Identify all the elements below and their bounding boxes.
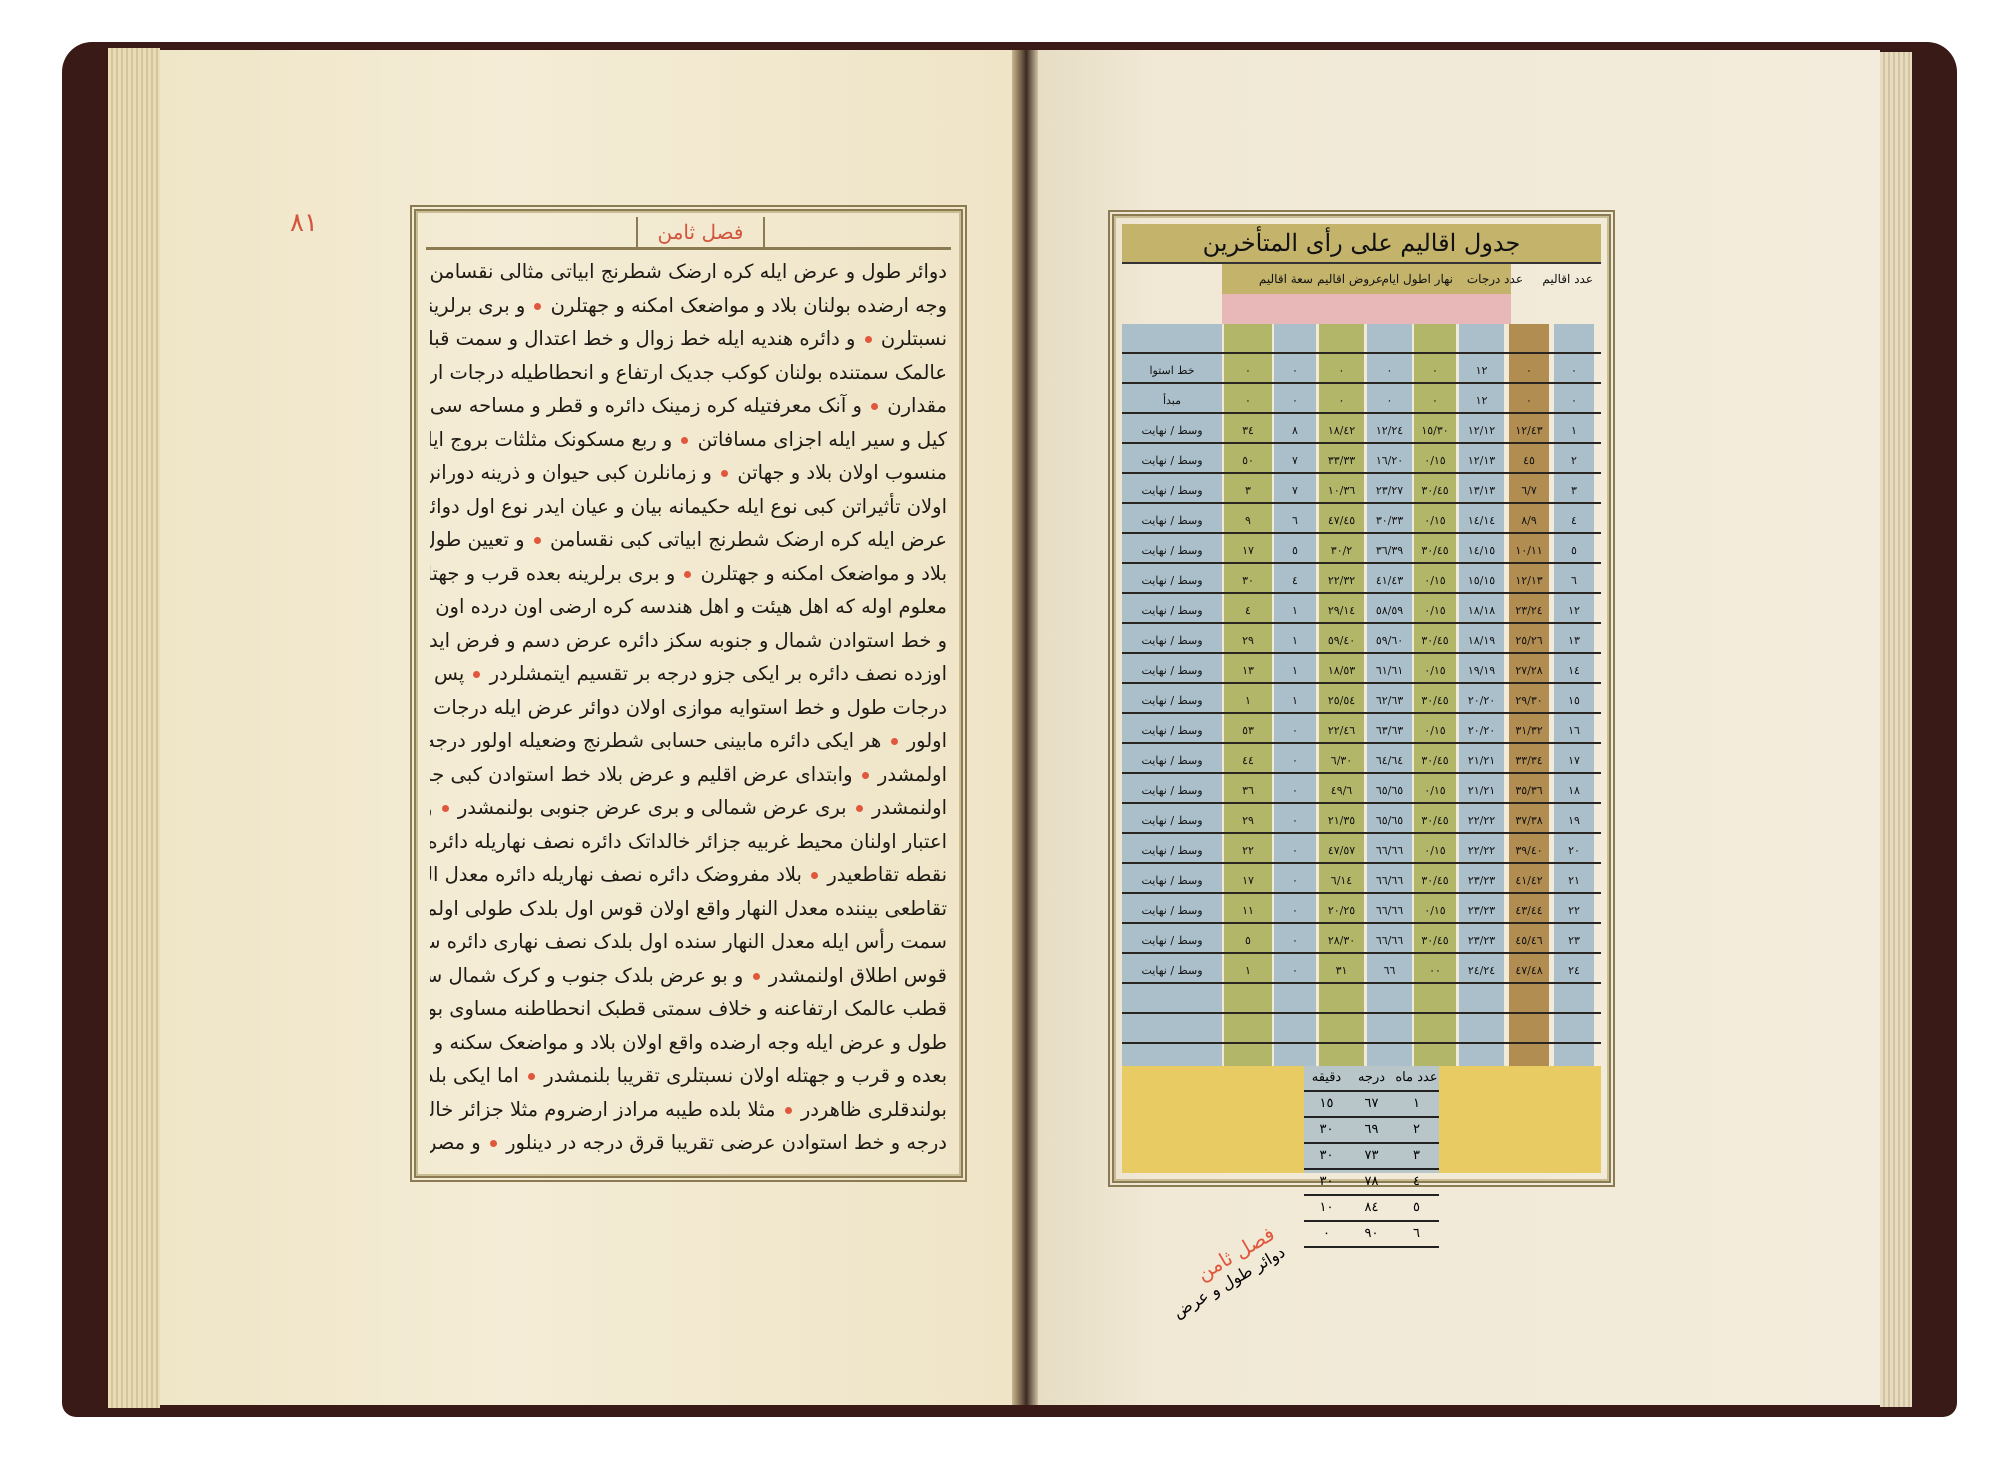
- table-cell: ٣٣/٣٣: [1319, 446, 1364, 476]
- table-cell: ٢٥/٢٦: [1509, 626, 1549, 656]
- table-cell: ٠: [1554, 386, 1594, 416]
- month-table-row: ٣٠٦٩٢: [1304, 1118, 1439, 1144]
- rubric-dot: [684, 571, 691, 578]
- table-cell: ٤: [1554, 506, 1594, 536]
- row-label: وسط / نهایت: [1122, 506, 1222, 536]
- table-cell: ٢٣/٢٣: [1459, 896, 1504, 926]
- table-cell: ١٢/١٢: [1459, 416, 1504, 446]
- table-cell: ٣٠/٤٥: [1414, 686, 1456, 716]
- text-line: کیل و سیر ایله اجزای مسافاتن و ربع مسکون…: [430, 423, 947, 457]
- table-cell: ٠/١٥: [1414, 506, 1456, 536]
- row-label: وسط / نهایت: [1122, 566, 1222, 596]
- table-cell: ١٥/١٥: [1459, 566, 1504, 596]
- table-cell: ٦٦/٦٦: [1367, 926, 1412, 956]
- table-cell: ١١: [1224, 896, 1272, 926]
- table-cell: ٦: [1274, 506, 1316, 536]
- table-cell: ٣٠/٤٥: [1414, 806, 1456, 836]
- table-cell: ٦١/٦١: [1367, 656, 1412, 686]
- row-label: وسط / نهایت: [1122, 686, 1222, 716]
- table-cell: ٢١: [1554, 866, 1594, 896]
- sub-cell: ٣٠: [1304, 1170, 1349, 1194]
- table-cell: ١٦: [1554, 716, 1594, 746]
- text-line: سمت رأس ایله معدل النهار سنده اول بلدک ن…: [430, 925, 947, 959]
- text-line: اولنمشدر بری عرض شمالی و بری عرض جنوبی ب…: [430, 791, 947, 825]
- table-cell: ٢٣/٢٣: [1459, 926, 1504, 956]
- text-line: اعتبار اولنان محیط غربیه جزائر خالداتک د…: [430, 825, 947, 859]
- table-cell: ٨: [1274, 416, 1316, 446]
- text-line: بعده و قرب و جهتله اولان نسبتلری تقریبا …: [430, 1059, 947, 1093]
- rubric-dot: [534, 303, 541, 310]
- text-line: نسبتلرن و دائره هندیه ایله خط زوال و خط …: [430, 322, 947, 356]
- sub-cell: ٧٨: [1349, 1170, 1394, 1194]
- table-cell: ١٤/١٤: [1459, 506, 1504, 536]
- table-cell: ٣٥/٣٦: [1509, 776, 1549, 806]
- table-cell: ١٢: [1459, 386, 1504, 416]
- table-cell: ٢٠: [1554, 836, 1594, 866]
- table-cell: ٤٧/٥٧: [1319, 836, 1364, 866]
- column-header: عدد درجات: [1467, 272, 1523, 286]
- row-label: خط استوا: [1122, 356, 1222, 386]
- sub-cell: ٩٠: [1349, 1222, 1394, 1246]
- table-cell: ٠: [1274, 386, 1316, 416]
- row-label: وسط / نهایت: [1122, 476, 1222, 506]
- text-line: اوچ درجه و عرضی اوتوز درجه در دینلکده مص…: [430, 1160, 947, 1167]
- sub-cell: ٣٠: [1304, 1144, 1349, 1168]
- table-cell: ٠: [1274, 836, 1316, 866]
- table-cell: ١: [1274, 656, 1316, 686]
- text-line: اولان تأثیراتن کبی نوع ایله حکیمانه بیان…: [430, 490, 947, 524]
- month-table-row: ١٥٦٧١: [1304, 1092, 1439, 1118]
- text-line: منسوب اولان بلاد و جهاتن و زمانلرن کبی ح…: [430, 456, 947, 490]
- column-header: عروض اقالیم: [1317, 272, 1383, 286]
- table-cell: ٢١/٢١: [1459, 776, 1504, 806]
- text-line: بولندقلری ظاهردر مثلا بلده طیبه مرادز ار…: [430, 1093, 947, 1127]
- sub-cell: ١٠: [1304, 1196, 1349, 1220]
- sub-cell: دقیقه: [1304, 1066, 1349, 1090]
- table-cell: ١٦/٢٠: [1367, 446, 1412, 476]
- table-cell: ٠٠: [1414, 956, 1456, 986]
- text-frame: فصل ثامن دوائر طول و عرض ایله کره ارضک ش…: [410, 205, 967, 1182]
- table-cell: ١٢/١٣: [1509, 566, 1549, 596]
- row-label: وسط / نهایت: [1122, 866, 1222, 896]
- table-cell: ٢٣/٢٤: [1509, 596, 1549, 626]
- sub-cell: ١: [1394, 1092, 1439, 1116]
- table-cell: ٠/١٥: [1414, 446, 1456, 476]
- table-cell: ٥٩/٤٠: [1319, 626, 1364, 656]
- table-cell: ١: [1554, 416, 1594, 446]
- sub-cell: ٦٧: [1349, 1092, 1394, 1116]
- rubric-dot: [473, 671, 480, 678]
- row-label: وسط / نهایت: [1122, 956, 1222, 986]
- table-cell: ٢٠/٢٠: [1459, 686, 1504, 716]
- table-cell: ٢٩: [1224, 806, 1272, 836]
- table-cell: ١٢/٢٤: [1367, 416, 1412, 446]
- column-header: سعة اقالیم: [1259, 272, 1313, 286]
- table-cell: ٣٦/٣٩: [1367, 536, 1412, 566]
- table-cell: ٦/٧: [1509, 476, 1549, 506]
- text-line: درجه و خط استوادن عرضی تقریبا قرق درجه د…: [430, 1126, 947, 1160]
- table-cell: ١٩: [1554, 806, 1594, 836]
- table-cell: ٢٤: [1554, 956, 1594, 986]
- table-cell: ٠/١٥: [1414, 836, 1456, 866]
- table-cell: ٠/١٥: [1414, 656, 1456, 686]
- table-cell: ١٨/٤٢: [1319, 416, 1364, 446]
- rubric-dot: [891, 738, 898, 745]
- table-cell: ٠/١٥: [1414, 716, 1456, 746]
- table-cell: ٠: [1274, 806, 1316, 836]
- table-cell: ١: [1224, 686, 1272, 716]
- table-cell: ١٢: [1554, 596, 1594, 626]
- table-cell: ١٠/١١: [1509, 536, 1549, 566]
- table-cell: ٢٩: [1224, 626, 1272, 656]
- table-cell: ١: [1224, 956, 1272, 986]
- table-cell: ٦٦/٦٦: [1367, 896, 1412, 926]
- rubric-dot: [681, 437, 688, 444]
- table-cell: ٣٠/٤٥: [1414, 536, 1456, 566]
- rubric-dot: [856, 805, 863, 812]
- table-cell: ٧: [1274, 446, 1316, 476]
- table-cell: ٦٣/٦٣: [1367, 716, 1412, 746]
- chapter-header-box: فصل ثامن: [426, 217, 951, 250]
- table-cell: ٣٤: [1224, 416, 1272, 446]
- table-cell: ١٠/٣٦: [1319, 476, 1364, 506]
- table-cell: ١٢: [1459, 356, 1504, 386]
- row-label: وسط / نهایت: [1122, 896, 1222, 926]
- text-line: عالمک سمتنده بولنان کوکب جدیک ارتفاع و ا…: [430, 356, 947, 390]
- table-cell: ٩: [1224, 506, 1272, 536]
- rubric-dot: [753, 973, 760, 980]
- row-label: وسط / نهایت: [1122, 416, 1222, 446]
- table-cell: ٠: [1274, 356, 1316, 386]
- table-cell: ٨/٩: [1509, 506, 1549, 536]
- table-cell: ١٥/٣٠: [1414, 416, 1456, 446]
- table-cell: ٢٤/٢٤: [1459, 956, 1504, 986]
- table-cell: ٣٠/٤٥: [1414, 626, 1456, 656]
- table-cell: ٠: [1414, 356, 1456, 386]
- table-cell: ٦٥/٦٥: [1367, 776, 1412, 806]
- row-label: وسط / نهایت: [1122, 836, 1222, 866]
- table-cell: ٤: [1274, 566, 1316, 596]
- sub-cell: ٦: [1394, 1222, 1439, 1246]
- table-cell: ٢٧/٢٨: [1509, 656, 1549, 686]
- text-line: اوزده نصف دائره بر ایکی جزو درجه بر تقسی…: [430, 657, 947, 691]
- table-cell: ٢٢: [1224, 836, 1272, 866]
- sub-cell: ٥: [1394, 1196, 1439, 1220]
- row-label: وسط / نهایت: [1122, 926, 1222, 956]
- text-line: طول و عرض ایله وجه ارضده واقع اولان بلاد…: [430, 1026, 947, 1060]
- text-line: و خط استوادن شمال و جنوبه سکز دائره عرض …: [430, 624, 947, 658]
- table-cell: ٣٣/٣٤: [1509, 746, 1549, 776]
- text-line: تقاطعی بیننده معدل النهار واقع اولان قوس…: [430, 892, 947, 926]
- table-cell: ٢٩/١٤: [1319, 596, 1364, 626]
- table-cell: ٠/١٥: [1414, 596, 1456, 626]
- text-line: نقطه تقاطعیدر بلاد مفروضک دائره نصف نهار…: [430, 858, 947, 892]
- table-cell: ٢١/٢١: [1459, 746, 1504, 776]
- table-cell: ٧: [1274, 476, 1316, 506]
- book-gutter: [1012, 50, 1038, 1405]
- column-header: عدد اقالیم: [1542, 272, 1593, 286]
- rubric-dot: [528, 1073, 535, 1080]
- month-table: دقیقهدرجهعدد ماه١٥٦٧١٣٠٦٩٢٣٠٧٣٣٣٠٧٨٤١٠٨٤…: [1304, 1066, 1439, 1173]
- table-cell: ٢٣/٢٧: [1367, 476, 1412, 506]
- row-label: وسط / نهایت: [1122, 446, 1222, 476]
- table-cell: ٠: [1414, 386, 1456, 416]
- table-cell: ١٢/١٣: [1459, 446, 1504, 476]
- table-cell: ٥٩/٦٠: [1367, 626, 1412, 656]
- table-cell: ١: [1274, 596, 1316, 626]
- chapter-heading: فصل ثامن: [636, 217, 765, 247]
- page-edges-left: [108, 48, 160, 1408]
- rubric-dot: [721, 470, 728, 477]
- row-label: مبدأ: [1122, 386, 1222, 416]
- month-table-header: دقیقهدرجهعدد ماه: [1304, 1066, 1439, 1092]
- table-cell: ١٣: [1554, 626, 1594, 656]
- table-cell: ١٨/١٩: [1459, 626, 1504, 656]
- table-cell: ٦٦/٦٦: [1367, 866, 1412, 896]
- table-cell: ١٧: [1554, 746, 1594, 776]
- row-label: وسط / نهایت: [1122, 596, 1222, 626]
- table-cell: ٦٦/٦٦: [1367, 836, 1412, 866]
- table-cell: ٣٠/٣٣: [1367, 506, 1412, 536]
- month-table-row: ٠٩٠٦: [1304, 1222, 1439, 1248]
- table-cell: ٤٧/٤٨: [1509, 956, 1549, 986]
- table-cell: ٦: [1554, 566, 1594, 596]
- text-line: اولور هر ایکی دائره مابینی حسابی شطرنج و…: [430, 724, 947, 758]
- table-cell: ١٨/١٨: [1459, 596, 1504, 626]
- table-cell: ٤: [1224, 596, 1272, 626]
- text-line: دوائر طول و عرض ایله کره ارضک شطرنج ابیا…: [430, 255, 947, 289]
- table-cell: ١٧: [1224, 866, 1272, 896]
- text-line: وجه ارضده بولنان بلاد و مواضعک امکنه و ج…: [430, 289, 947, 323]
- table-cell: ٣: [1224, 476, 1272, 506]
- sub-cell: ٠: [1304, 1222, 1349, 1246]
- text-line: بلاد و مواضعک امکنه و جهتلرن و بری برلری…: [430, 557, 947, 591]
- table-cell: ٢٠/٢٠: [1459, 716, 1504, 746]
- rubric-dot: [865, 336, 872, 343]
- table-cell: ٣١: [1319, 956, 1364, 986]
- table-cell: ٠: [1274, 896, 1316, 926]
- table-cell: ٢٨/٣٠: [1319, 926, 1364, 956]
- table-cell: ٢٣/٢٣: [1459, 866, 1504, 896]
- table-cell: ٠/١٥: [1414, 566, 1456, 596]
- table-cell: ٤١/٤٢: [1509, 866, 1549, 896]
- table-cell: ٢٢: [1554, 896, 1594, 926]
- table-cell: ٥: [1554, 536, 1594, 566]
- table-cell: ٠: [1367, 356, 1412, 386]
- table-cell: ٠: [1274, 746, 1316, 776]
- sub-cell: درجه: [1349, 1066, 1394, 1090]
- table-cell: ٣١/٣٢: [1509, 716, 1549, 746]
- table-cell: ٣٠/٤٥: [1414, 476, 1456, 506]
- table-cell: ٤٥: [1509, 446, 1549, 476]
- sub-cell: ٨٤: [1349, 1196, 1394, 1220]
- table-title: جدول اقالیم على رأی المتأخرین: [1122, 224, 1601, 264]
- row-label: وسط / نهایت: [1122, 536, 1222, 566]
- table-cell: ١٥: [1554, 686, 1594, 716]
- sub-cell: ٢: [1394, 1118, 1439, 1142]
- table-cell: ٥٣: [1224, 716, 1272, 746]
- rubric-dot: [862, 772, 869, 779]
- sub-cell: ٤: [1394, 1170, 1439, 1194]
- table-cell: ١٢/٤٣: [1509, 416, 1549, 446]
- month-table-row: ١٠٨٤٥: [1304, 1196, 1439, 1222]
- table-cell: ٣٠/٤٥: [1414, 746, 1456, 776]
- table-cell: ٥: [1274, 536, 1316, 566]
- text-line: درجات طول و خط استوایه موازی اولان دوائر…: [430, 691, 947, 725]
- table-cell: ١: [1274, 686, 1316, 716]
- row-label: وسط / نهایت: [1122, 776, 1222, 806]
- row-label: وسط / نهایت: [1122, 656, 1222, 686]
- table-cell: ٢٣: [1554, 926, 1594, 956]
- table-cell: ٢٢/٢٢: [1459, 836, 1504, 866]
- rubric-dot: [811, 872, 818, 879]
- table-cell: ٥٠: [1224, 446, 1272, 476]
- table-header: عدد اقالیمعدد درجاتنهار اطول ایامعروض اق…: [1122, 264, 1601, 324]
- rubric-dot: [785, 1107, 792, 1114]
- table-cell: ٠: [1509, 356, 1549, 386]
- table-cell: ١٩/١٩: [1459, 656, 1504, 686]
- text-body: دوائر طول و عرض ایله کره ارضک شطرنج ابیا…: [430, 255, 947, 1166]
- sub-cell: ٦٩: [1349, 1118, 1394, 1142]
- table-cell: ٢٢/٢٢: [1459, 806, 1504, 836]
- rubric-dot: [534, 537, 541, 544]
- table-cell: ٥٨/٥٩: [1367, 596, 1412, 626]
- column-header: نهار اطول ایام: [1381, 272, 1453, 286]
- table-cell: ٠: [1367, 386, 1412, 416]
- table-cell: ١٤: [1554, 656, 1594, 686]
- table-cell: ٠/١٥: [1414, 776, 1456, 806]
- row-label: وسط / نهایت: [1122, 746, 1222, 776]
- table-cell: ٢: [1554, 446, 1594, 476]
- table-cell: ٤٧/٤٥: [1319, 506, 1364, 536]
- table-cell: ١: [1274, 626, 1316, 656]
- month-table-row: ٣٠٧٣٣: [1304, 1144, 1439, 1170]
- table-cell: ٢٩/٣٠: [1509, 686, 1549, 716]
- table-cell: ٠: [1319, 386, 1364, 416]
- rubric-dot: [490, 1140, 497, 1147]
- text-line: قوس اطلاق اولنمشدر و بو عرض بلدک جنوب و …: [430, 959, 947, 993]
- table-cell: ٠: [1274, 866, 1316, 896]
- table-cell: ٤٣/٤٤: [1509, 896, 1549, 926]
- sub-cell: ٣٠: [1304, 1118, 1349, 1142]
- table-cell: ٦/٣٠: [1319, 746, 1364, 776]
- table-cell: ٢٥/٥٤: [1319, 686, 1364, 716]
- text-line: اولمشدر وابتدای عرض اقلیم و عرض بلاد خط …: [430, 758, 947, 792]
- table-cell: ٤٤: [1224, 746, 1272, 776]
- table-cell: ٦٥/٦٥: [1367, 806, 1412, 836]
- table-cell: ٠: [1224, 386, 1272, 416]
- table-cell: ٢٠/٢٥: [1319, 896, 1364, 926]
- table-cell: ٠: [1274, 926, 1316, 956]
- table-cell: ١٣/١٣: [1459, 476, 1504, 506]
- table-cell: ٤٥/٤٦: [1509, 926, 1549, 956]
- sub-cell: ٣: [1394, 1144, 1439, 1168]
- table-cell: ٣٠/٤٥: [1414, 926, 1456, 956]
- table-cell: ٥: [1224, 926, 1272, 956]
- table-cell: ٣٠/٤٥: [1414, 866, 1456, 896]
- sub-cell: عدد ماه: [1394, 1066, 1439, 1090]
- table-cell: ٢٢/٤٦: [1319, 716, 1364, 746]
- table-cell: ٦٦: [1367, 956, 1412, 986]
- page-edges-right: [1880, 52, 1912, 1407]
- table-cell: ١٧: [1224, 536, 1272, 566]
- table-cell: ٦٢/٦٣: [1367, 686, 1412, 716]
- table-cell: ٢١/٣٥: [1319, 806, 1364, 836]
- row-label: وسط / نهایت: [1122, 806, 1222, 836]
- folio-number: ٨١: [290, 208, 318, 238]
- row-label: وسط / نهایت: [1122, 626, 1222, 656]
- row-label: وسط / نهایت: [1122, 716, 1222, 746]
- text-line: عرض ایله کره ارضک شطرنج ابیاتی کبی نقسام…: [430, 523, 947, 557]
- table-cell: ٣٠: [1224, 566, 1272, 596]
- table-cell: ١٤/١٥: [1459, 536, 1504, 566]
- table-frame: جدول اقالیم على رأی المتأخرین عدد اقالیم…: [1108, 210, 1615, 1187]
- table-cell: ٠: [1319, 356, 1364, 386]
- table-cell: ٢٢/٣٢: [1319, 566, 1364, 596]
- table-cell: ١٨/٥٣: [1319, 656, 1364, 686]
- table-cell: ٣: [1554, 476, 1594, 506]
- table-cell: ٠: [1509, 386, 1549, 416]
- table-cell: ٤٩/٦: [1319, 776, 1364, 806]
- table-cell: ٠: [1274, 716, 1316, 746]
- table-cell: ٠: [1554, 356, 1594, 386]
- table-cell: ٠: [1274, 956, 1316, 986]
- table-cell: ٦/١٤: [1319, 866, 1364, 896]
- table-cell: ٠: [1274, 776, 1316, 806]
- table-cell: ٣٩/٤٠: [1509, 836, 1549, 866]
- table-cell: ٤١/٤٣: [1367, 566, 1412, 596]
- text-line: مقدارن و آنک معرفتیله کره زمینک دائره و …: [430, 389, 947, 423]
- table-cell: ٣٠/٢: [1319, 536, 1364, 566]
- table-cell: ١٣: [1224, 656, 1272, 686]
- rubric-dot: [871, 403, 878, 410]
- rubric-dot: [442, 805, 449, 812]
- sub-cell: ١٥: [1304, 1092, 1349, 1116]
- table-cell: ١٨: [1554, 776, 1594, 806]
- text-line: قطب عالمک ارتفاعنه و خلاف سمتی قطبک انحط…: [430, 992, 947, 1026]
- month-table-row: ٣٠٧٨٤: [1304, 1170, 1439, 1196]
- sub-cell: ٧٣: [1349, 1144, 1394, 1168]
- table-cell: ٠/١٥: [1414, 896, 1456, 926]
- text-line: معلوم اوله که اهل هیئت و اهل هندسه کره ا…: [430, 590, 947, 624]
- table-cell: ٦٤/٦٤: [1367, 746, 1412, 776]
- table-cell: ٣٦: [1224, 776, 1272, 806]
- table-cell: ٠: [1224, 356, 1272, 386]
- table-cell: ٣٧/٣٨: [1509, 806, 1549, 836]
